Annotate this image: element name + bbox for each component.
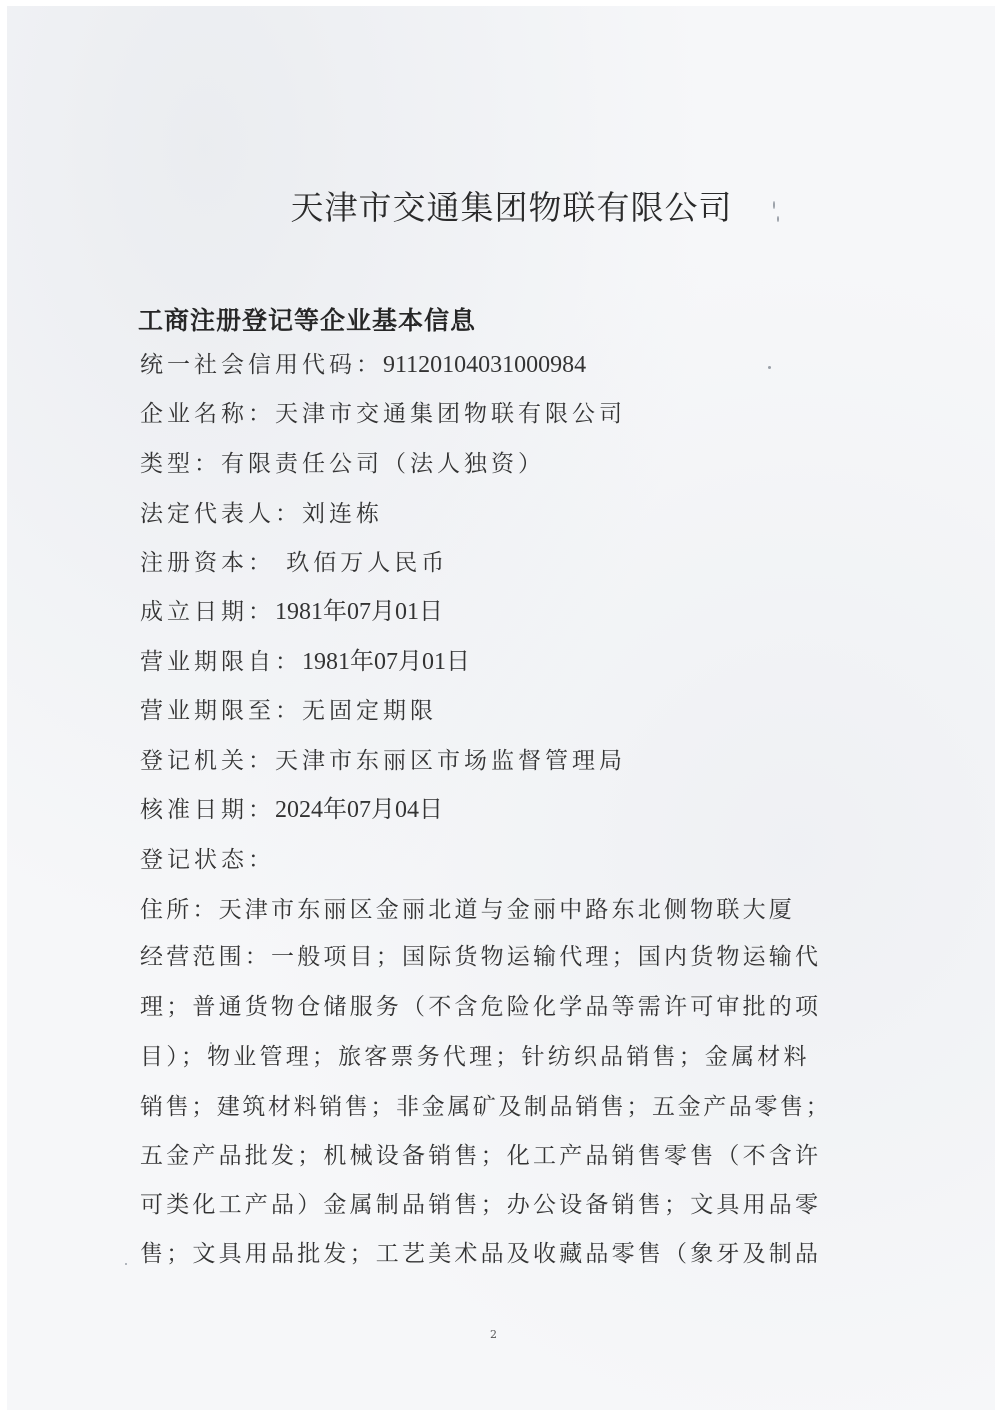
scanned-page: 天津市交通集团物联有限公司 工商注册登记等企业基本信息 统一社会信用代码：911… <box>7 6 995 1410</box>
field-value: 无固定期限 <box>302 698 437 724</box>
field-label: 法定代表人： <box>140 501 302 527</box>
field-label: 注册资本： <box>140 550 275 576</box>
scan-speck <box>210 1042 212 1044</box>
business-scope-line: 售；文具用品批发；工艺美术品及收藏品零售（象牙及制品 <box>140 1239 821 1269</box>
scan-speck <box>777 216 779 222</box>
field-credit-code: 统一社会信用代码：91120104031000984 <box>140 350 586 380</box>
business-scope-line: 经营范围：一般项目；国际货物运输代理；国内货物运输代 <box>140 942 821 972</box>
field-business-term-from: 营业期限自：1981年07月01日 <box>140 647 470 677</box>
field-business-term-to: 营业期限至：无固定期限 <box>140 696 437 726</box>
field-label: 成立日期： <box>140 599 275 625</box>
field-value: 天津市交通集团物联有限公司 <box>275 401 626 427</box>
business-scope-line: 销售；建筑材料销售；非金属矿及制品销售；五金产品零售； <box>140 1092 831 1122</box>
field-establishment-date: 成立日期：1981年07月01日 <box>140 597 443 627</box>
field-company-type: 类型：有限责任公司（法人独资） <box>140 449 545 479</box>
field-value: 刘连栋 <box>302 501 383 527</box>
document-title: 天津市交通集团物联有限公司 <box>7 182 999 229</box>
field-label: 统一社会信用代码： <box>140 352 383 378</box>
scan-speck <box>125 1263 127 1265</box>
field-value: 91120104031000984 <box>383 352 586 378</box>
business-scope-line: 理；普通货物仓储服务（不含危险化学品等需许可审批的项 <box>140 992 821 1022</box>
field-legal-representative: 法定代表人：刘连栋 <box>140 499 383 529</box>
field-company-name: 企业名称：天津市交通集团物联有限公司 <box>140 399 626 429</box>
field-label: 登记状态： <box>140 847 275 873</box>
field-address: 住所：天津市东丽区金丽北道与金丽中路东北侧物联大厦 <box>140 895 795 925</box>
document-title-text: 天津市交通集团物联有限公司 <box>291 188 733 227</box>
business-scope-line: 可类化工产品）金属制品销售；办公设备销售；文具用品零 <box>140 1190 821 1220</box>
field-value: 2024年07月04日 <box>275 797 443 823</box>
section-heading: 工商注册登记等企业基本信息 <box>138 301 476 337</box>
field-value: 天津市东丽区市场监督管理局 <box>275 748 626 774</box>
field-label: 登记机关： <box>140 748 275 774</box>
field-registration-status: 登记状态： <box>140 845 275 875</box>
field-value: 1981年07月01日 <box>275 599 443 625</box>
field-value: 1981年07月01日 <box>302 649 470 675</box>
field-label: 住所： <box>140 897 219 923</box>
field-label: 营业期限至： <box>140 698 302 724</box>
field-registered-capital: 注册资本： 玖佰万人民币 <box>140 548 448 578</box>
field-label: 营业期限自： <box>140 649 302 675</box>
field-value: 有限责任公司（法人独资） <box>221 451 545 477</box>
scan-speck <box>773 201 775 209</box>
field-approval-date: 核准日期：2024年07月04日 <box>140 795 443 825</box>
field-label: 核准日期： <box>140 797 275 823</box>
field-registration-authority: 登记机关：天津市东丽区市场监督管理局 <box>140 746 626 776</box>
field-label: 类型： <box>140 451 221 477</box>
field-value: 玖佰万人民币 <box>275 550 448 576</box>
page-number: 2 <box>490 1328 497 1341</box>
field-value: 天津市东丽区金丽北道与金丽中路东北侧物联大厦 <box>219 897 795 923</box>
scan-speck <box>768 366 771 369</box>
business-scope-line: 目）；物业管理；旅客票务代理；针纺织品销售；金属材料 <box>140 1042 810 1072</box>
field-label: 企业名称： <box>140 401 275 427</box>
business-scope-line: 五金产品批发；机械设备销售；化工产品销售零售（不含许 <box>140 1141 821 1171</box>
